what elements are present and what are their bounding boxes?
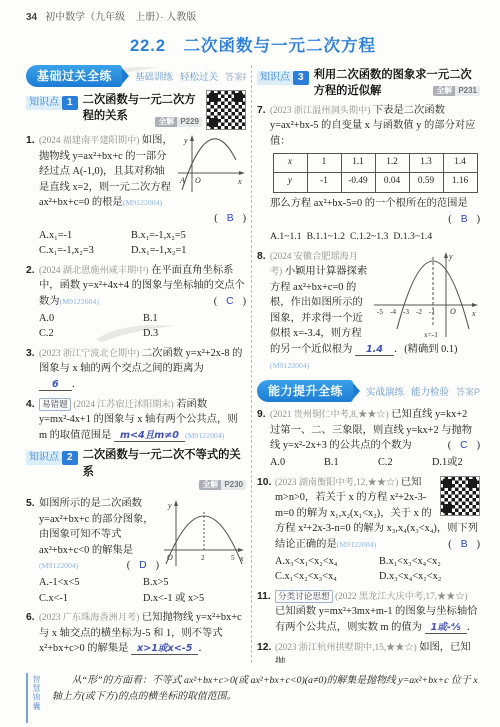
- origin-label: O: [167, 553, 173, 562]
- parabola-graph-q1: y x A O: [176, 133, 246, 195]
- question-number: 2.: [26, 263, 35, 279]
- question-1: 1. y x A O (2024 福建南平建阳期中) 如图，抛物线 y=ax²+…: [26, 133, 246, 259]
- period: ．: [198, 643, 208, 654]
- question-source: (2024 江苏宿迁沭阳期末): [73, 399, 173, 409]
- cell: 0.04: [375, 173, 409, 193]
- question-source: (2022 黑龙江大庆中考,17,★★☆): [335, 591, 467, 601]
- question-number: 1.: [26, 133, 35, 149]
- handwritten-answer: 6: [39, 379, 72, 391]
- right-column: 知识点3 利用二次函数的图象求一元二次方程的近似解 全解P231 7. (202…: [257, 63, 480, 663]
- options: A.-1<x<5 B.x>5 C.x<-1 D.x<-1 或 x>5: [39, 575, 246, 606]
- paren: ): [477, 539, 480, 550]
- question-12: 12. (2023 浙江杭州拱墅期中,15,★★☆) 如图，已知抛: [257, 640, 480, 663]
- x-axis-label: x: [471, 309, 476, 318]
- answer-letter: C: [217, 296, 242, 307]
- question-code: (M9122004): [337, 540, 376, 549]
- qr-code: [206, 90, 246, 130]
- page-header: 34 初中数学（九年级 上册）· 人教版: [26, 8, 480, 23]
- option: B.1: [324, 455, 374, 471]
- parabola-graph-q8: y x -5 -4 -3 -2 -1 O x=-1: [372, 249, 480, 341]
- answer: (C): [448, 438, 480, 454]
- period: ．: [467, 622, 477, 633]
- tick: -1: [429, 307, 435, 316]
- option: A.0: [270, 455, 320, 471]
- book-edition: 初中数学（九年级 上册）· 人教版: [45, 8, 196, 23]
- kp2-ref: 全解P230: [199, 476, 246, 492]
- cell: 0.59: [409, 173, 443, 193]
- option: A.x₃<x₁<x₂<x₄: [275, 554, 375, 570]
- kp3-ref: 全解P231: [433, 82, 480, 98]
- paren: ): [477, 440, 480, 451]
- tick: -4: [390, 307, 396, 316]
- question-source: (2024 湖北恩施州咸丰期中): [39, 265, 148, 275]
- handwritten-answer: 1或-⅘: [425, 622, 467, 634]
- option: C.2: [378, 455, 428, 471]
- question-number: 10.: [257, 475, 271, 491]
- option: C.x₁<x₂<x₃<x₄: [275, 569, 375, 585]
- table-row: x 1 1.1 1.2 1.3 1.4: [273, 153, 477, 173]
- options: A.0 B.1 C.2 D.3: [39, 311, 246, 342]
- boost-sub2: 能力检验: [411, 384, 449, 398]
- table-row: y -1 -0.49 0.04 0.59 1.16: [273, 173, 477, 193]
- answer: (D): [127, 558, 159, 574]
- option: B.x>5: [143, 575, 246, 591]
- basic-answer-ref: 答案P137: [225, 70, 246, 83]
- boost-sub1: 实战演练: [366, 384, 404, 398]
- parabola-graph-q5: y x O 2 5: [162, 496, 246, 568]
- cell: 1.3: [409, 153, 443, 173]
- ref-label: 全解: [199, 480, 221, 490]
- tick: -2: [416, 307, 422, 316]
- question-5: 5. y x O 2 5 如图所示的是二次函数 y=ax²+bx+c 的部分图象…: [26, 496, 246, 606]
- options: A.0 B.1 C.2 D.1或2: [270, 455, 480, 471]
- answer-letter: D: [130, 560, 155, 571]
- answer: (C): [214, 294, 246, 310]
- cell: -1: [307, 173, 341, 193]
- question-number: 12.: [257, 640, 271, 656]
- ref-label: 全解: [433, 86, 455, 96]
- left-column: 基础过关全练 基础训练 轻松过关 答案P137 知识点1 二次函数与一元二次方程…: [26, 63, 246, 663]
- paren: ): [243, 296, 246, 307]
- paren: ): [156, 560, 159, 571]
- options: A.x₃<x₁<x₂<x₄ B.x₁<x₃<x₄<x₂ C.x₁<x₂<x₃<x…: [275, 554, 480, 585]
- answer: (B): [448, 537, 480, 553]
- option: D.x₁=-1,x₂=1: [131, 243, 246, 259]
- question-2: 2. (2024 湖北恩施州咸丰期中) 在平面直角坐标系中，函数 y=x²+4x…: [26, 263, 246, 342]
- point-a-label: A: [179, 176, 185, 185]
- option: B.1: [143, 311, 246, 327]
- option: D.1或2: [432, 455, 480, 471]
- question-text: 如图所示的是二次函数 y=ax²+bx+c 的部分图象，由图象可知不等式 ax²…: [39, 498, 154, 556]
- question-number: 8.: [257, 249, 266, 265]
- kp-label: 知识点: [257, 71, 293, 85]
- handwritten-answer: 1.4: [355, 344, 394, 356]
- basic-sub2: 轻松过关: [180, 69, 218, 83]
- option: C.1.2~1.3: [350, 229, 388, 245]
- question-number: 9.: [257, 407, 266, 423]
- question-text: 小颖用计算器探索方程 ax²+bx+c=0 的根，作出如图所示的图象，并求得一个…: [270, 266, 367, 355]
- basic-section-badge: 基础过关全练: [26, 65, 122, 87]
- tick: -5: [377, 307, 383, 316]
- option: A.0: [39, 311, 139, 327]
- section-basic: 基础过关全练 基础训练 轻松过关 答案P137: [26, 65, 246, 87]
- cell: 1.2: [375, 153, 409, 173]
- question-number: 3.: [26, 346, 35, 362]
- question-7: 7. (2023 浙江温州洞头期中) 下表是二次函数 y=ax²+bx-5 的自…: [257, 103, 480, 245]
- answer-letter: B: [452, 214, 477, 225]
- question-code: (M9122004): [60, 297, 99, 306]
- knowledge-point-1: 知识点1 二次函数与一元二次方程的关系 全解P229: [26, 92, 246, 130]
- kp1-ref: 全解P229: [155, 113, 202, 129]
- basic-sub1: 基础训练: [135, 69, 173, 83]
- options: A.1~1.1 B.1.1~1.2 C.1.2~1.3 D.1.3~1.4: [270, 229, 480, 245]
- question-source: (2023 湖南衡阳中考,12,★★☆): [275, 477, 398, 487]
- period: ．: [72, 379, 82, 390]
- question-code: (M9122004): [185, 431, 224, 440]
- method-label: 分类讨论思想: [275, 590, 333, 603]
- y-axis-label: y: [183, 136, 188, 145]
- question-number: 5.: [26, 496, 35, 512]
- page-number: 34: [26, 12, 37, 23]
- question-source: (2023 广东珠海香洲月考): [39, 612, 139, 622]
- question-11: 11. 分类讨论思想 (2022 黑龙江大庆中考,17,★★☆) 已知函数 y=…: [257, 589, 480, 636]
- question-3: 3. (2023 浙江宁波北仑期中) 二次函数 y=x²+2x-8 的图象与 x…: [26, 346, 246, 393]
- y-axis-label: y: [167, 501, 172, 510]
- question-9: 9. (2021 贵州铜仁中考,8,★★☆) 已知直线 y=kx+2 过第一、二…: [257, 407, 480, 470]
- handwritten-answer: m<4且m≠0: [114, 430, 185, 442]
- option: D.3: [143, 326, 246, 342]
- cell: y: [273, 173, 307, 193]
- cell: x: [273, 153, 307, 173]
- ref-page: P229: [177, 117, 202, 127]
- paren: ): [243, 213, 246, 224]
- kp1-badge: 知识点1: [26, 92, 78, 130]
- kp-label: 知识点: [26, 451, 62, 465]
- column-divider: [251, 65, 252, 663]
- cell: -0.49: [341, 173, 375, 193]
- boost-section-badge: 能力提升全练: [257, 380, 353, 402]
- textbook-page: 34 初中数学（九年级 上册）· 人教版 22.2 二次函数与一元二次方程 基础…: [0, 0, 500, 727]
- kp1-titlebox: 二次函数与一元二次方程的关系 全解P229: [83, 92, 202, 130]
- lesson-title: 22.2 二次函数与一元二次方程: [26, 32, 480, 56]
- option: B.x₁<x₃<x₄<x₂: [379, 554, 480, 570]
- cell: 1.1: [341, 153, 375, 173]
- kp2-titlebox: 二次函数与一元二次不等式的关系 全解P230: [83, 447, 246, 493]
- tip-label: 智慧锦囊: [26, 673, 43, 723]
- question-code: (M9122004): [123, 198, 162, 207]
- x-axis-label: x: [237, 177, 242, 186]
- question-6: 6. (2023 广东珠海香洲月考) 已知抛物线 y=x²+bx+c 与 x 轴…: [26, 610, 246, 657]
- question-number: 6.: [26, 610, 35, 626]
- answer-letter: B: [218, 213, 243, 224]
- option: C.x<-1: [39, 591, 139, 607]
- question-code: (M9122004): [270, 361, 309, 370]
- answer-letter: B: [452, 539, 477, 550]
- question-number: 11.: [257, 589, 271, 605]
- option: D.1.3~1.4: [393, 229, 432, 245]
- option: A.-1<x<5: [39, 575, 139, 591]
- ref-page: P231: [455, 86, 480, 96]
- kp2-title: 二次函数与一元二次不等式的关系: [83, 449, 241, 477]
- x-axis-label: x: [239, 554, 244, 563]
- question-source: (2024 福建南平建阳期中): [39, 135, 139, 145]
- question-text: ．(精确到 0.1): [394, 344, 458, 355]
- kp-label: 知识点: [26, 96, 62, 110]
- kp-number: 1: [62, 96, 78, 110]
- option: D.x₃<x₄<x₁<x₂: [379, 569, 480, 585]
- option: A.1~1.1: [270, 229, 302, 245]
- answer-letter: C: [451, 440, 476, 451]
- option: B.1.1~1.2: [307, 229, 345, 245]
- question-source: (2023 浙江温州洞头期中): [270, 105, 370, 115]
- kp-number: 2: [62, 451, 78, 465]
- cell: 1.4: [443, 153, 477, 173]
- handwritten-answer: x>1或x<-5: [131, 643, 198, 655]
- question-8: 8. y x -5 -4 -3 -2 -1 O x=-1: [257, 249, 480, 374]
- section-boost: 能力提升全练 实战演练 能力检验 答案P137: [257, 380, 480, 402]
- answer: (B): [270, 212, 480, 228]
- paren: ): [477, 214, 480, 225]
- error-prone-label: 易错题: [39, 398, 71, 411]
- question-source: (2023 浙江宁波北仑期中): [39, 348, 139, 358]
- question-number: 7.: [257, 103, 266, 119]
- question-text: 那么方程 ax²+bx-5=0 的一个根所在的范围是: [270, 198, 468, 209]
- question-4: 4. 易错题 (2024 江苏宿迁沭阳期末) 若函数 y=mx²-4x+1 的图…: [26, 397, 246, 444]
- option: D.x<-1 或 x>5: [143, 591, 246, 607]
- kp3-titlebox: 利用二次函数的图象求一元二次方程的近似解 全解P231: [314, 67, 480, 100]
- ref-page: P230: [221, 480, 246, 490]
- question-code: (M9122004): [39, 561, 78, 570]
- question-source: (2021 贵州铜仁中考,8,★★☆): [270, 409, 389, 419]
- cell: 1.16: [443, 173, 477, 193]
- knowledge-point-3: 知识点3 利用二次函数的图象求一元二次方程的近似解 全解P231: [257, 67, 480, 100]
- option: B.x₁=-1,x₂=5: [131, 228, 246, 244]
- tick-5: 5: [231, 553, 235, 562]
- boost-answer-ref: 答案P137: [456, 385, 480, 398]
- tick-2: 2: [201, 553, 205, 562]
- tick: -3: [403, 307, 409, 316]
- kp-number: 3: [293, 71, 309, 85]
- kp3-badge: 知识点3: [257, 67, 309, 100]
- ref-label: 全解: [155, 117, 177, 127]
- wisdom-tip: 智慧锦囊 从“形”的方面看：不等式 ax²+bx+c>0(或 ax²+bx+c<…: [26, 671, 480, 723]
- tip-text: 从“形”的方面看：不等式 ax²+bx+c>0(或 ax²+bx+c<0)(a≠…: [43, 673, 480, 705]
- two-column-layout: 基础过关全练 基础训练 轻松过关 答案P137 知识点1 二次函数与一元二次方程…: [26, 63, 480, 663]
- option: C.x₁=-1,x₂=3: [39, 243, 127, 259]
- question-source: (2023 浙江杭州拱墅期中,15,★★☆): [275, 642, 417, 652]
- origin-label: O: [195, 176, 201, 185]
- kp2-badge: 知识点2: [26, 447, 78, 493]
- y-axis-label: y: [448, 252, 453, 261]
- qr-code: [440, 476, 480, 516]
- question-10: 10. (2023 湖南衡阳中考,12,★★☆) 已知 m>n>0，若关于 x …: [257, 475, 480, 585]
- origin-label: O: [450, 307, 456, 316]
- answer: (B): [214, 211, 246, 227]
- option: C.2: [39, 326, 139, 342]
- option: A.x₁=-1: [39, 228, 127, 244]
- cell: 1: [307, 153, 341, 173]
- options: A.x₁=-1 B.x₁=-1,x₂=5 C.x₁=-1,x₂=3 D.x₁=-…: [39, 228, 246, 259]
- value-table: x 1 1.1 1.2 1.3 1.4 y -1 -0.49 0.04 0.59…: [273, 153, 478, 193]
- axis-of-symmetry-label: x=-1: [424, 330, 438, 339]
- question-number: 4.: [26, 397, 35, 413]
- knowledge-point-2: 知识点2 二次函数与一元二次不等式的关系 全解P230: [26, 447, 246, 493]
